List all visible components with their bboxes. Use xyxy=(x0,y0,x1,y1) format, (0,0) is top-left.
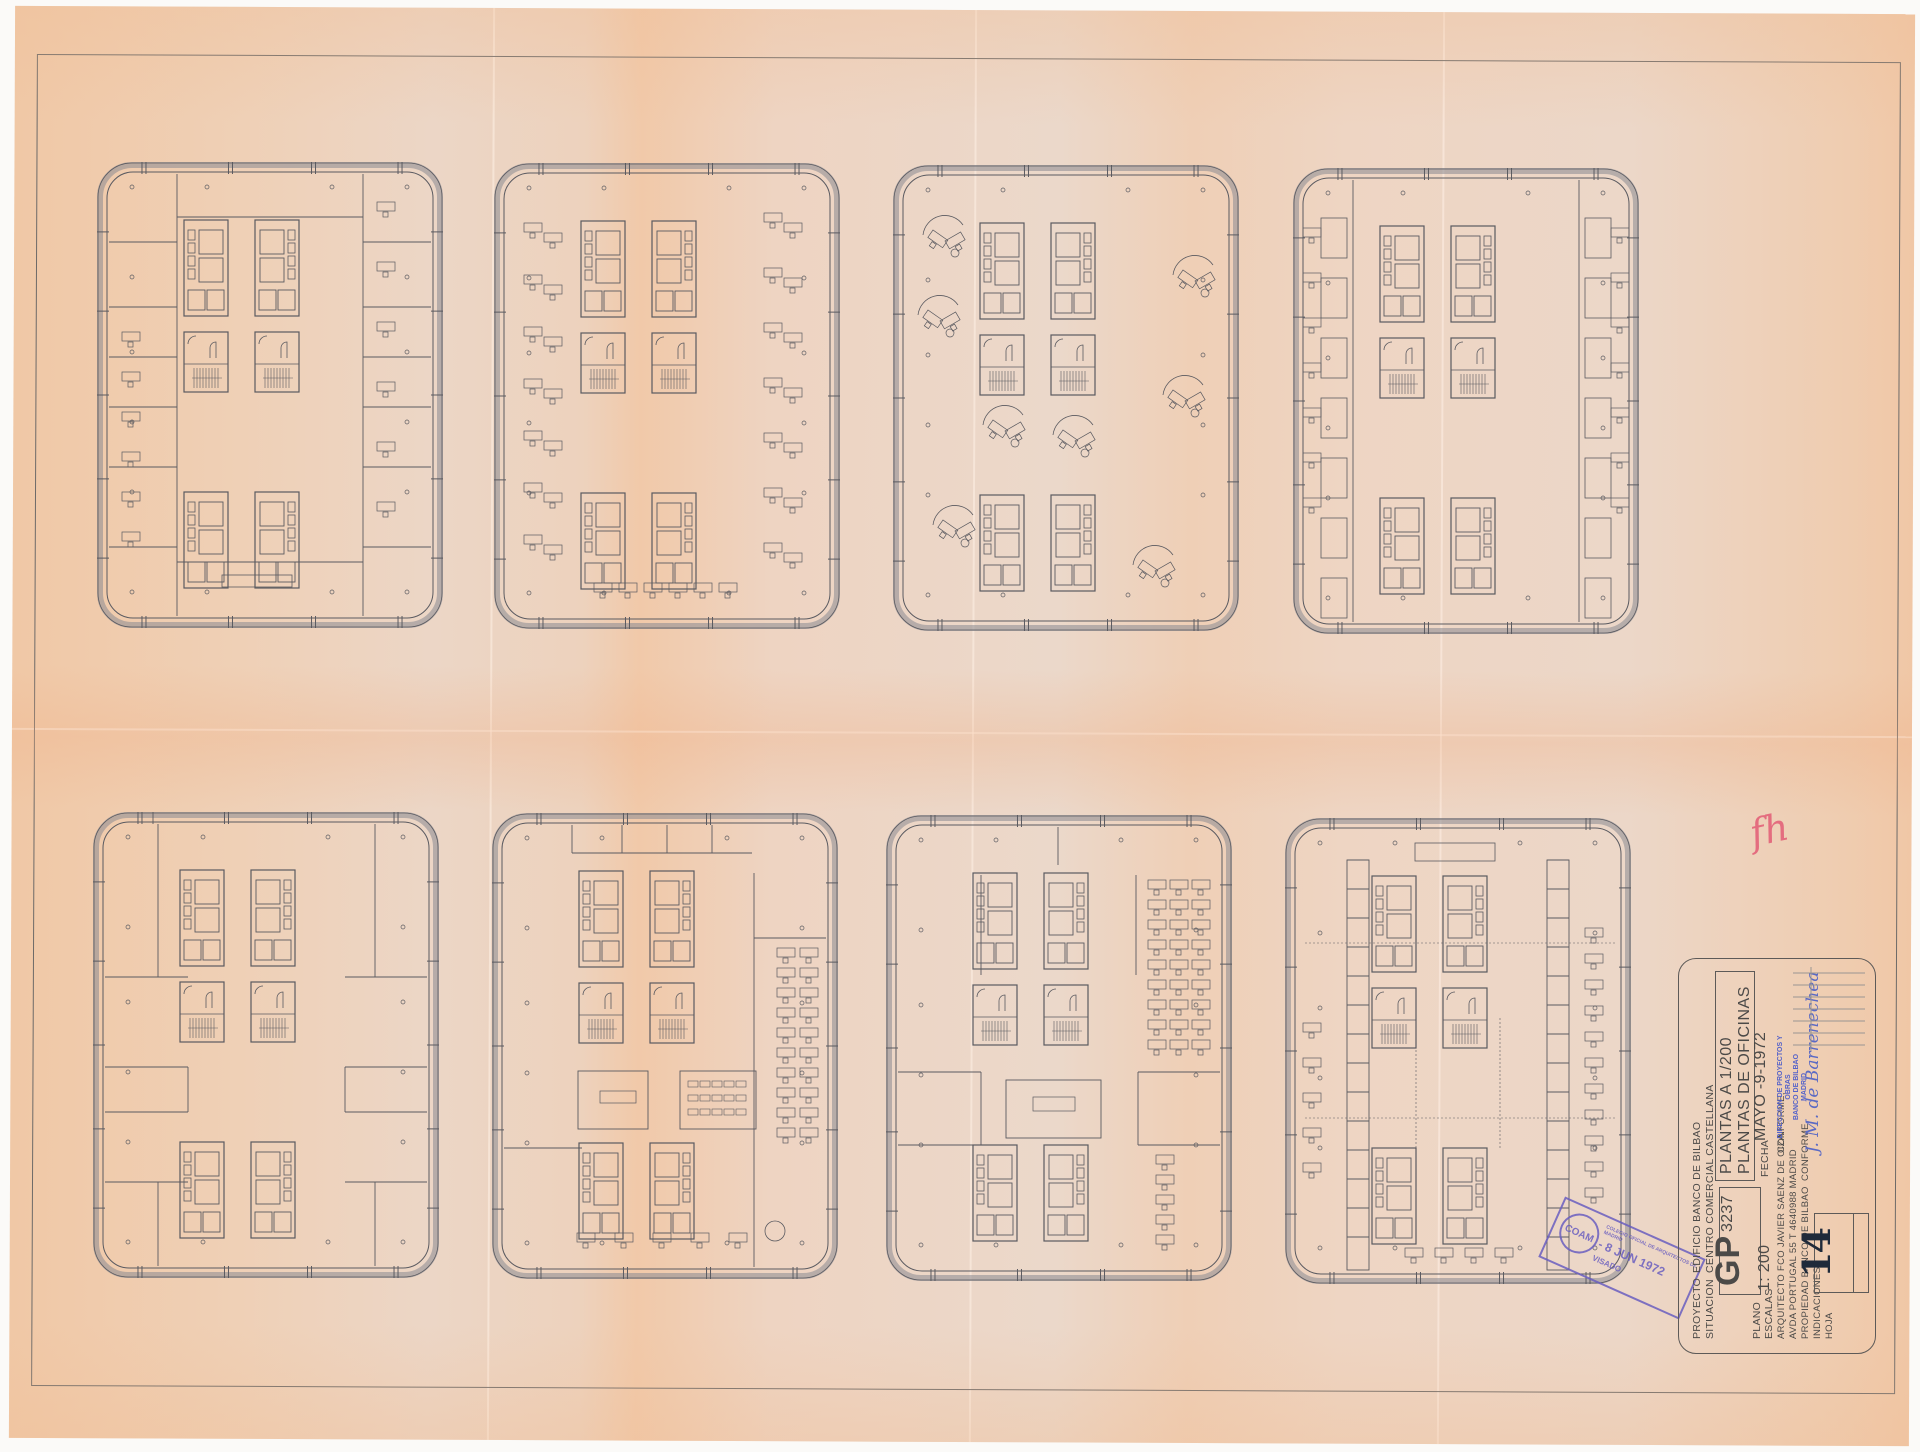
proyecto-value: EDIFICIO BANCO DE BILBAO xyxy=(1691,1122,1703,1273)
code-number: 3237 xyxy=(1722,1195,1734,1232)
sheet-number: 14 xyxy=(1811,1229,1823,1278)
title-block: PROYECTO EDIFICIO BANCO DE BILBAO SITUAC… xyxy=(1678,958,1876,1354)
seal-emblem-icon: COAM xyxy=(1553,1207,1606,1260)
floor-plan-drawing xyxy=(1293,168,1639,634)
floor-plan-drawing xyxy=(93,812,439,1278)
code-box: GP 3237 xyxy=(1719,1187,1761,1295)
floor-plan-4 xyxy=(1293,168,1639,634)
plano-label: PLANO xyxy=(1751,1302,1763,1339)
escalas-label: ESCALAS xyxy=(1763,1288,1775,1339)
escalas-value: 1: 200 xyxy=(1759,1245,1771,1291)
sheet-number-subbox xyxy=(1847,1213,1869,1293)
title-line1: PLANTAS A 1/200 xyxy=(1717,1037,1736,1174)
red-initials-mark: fh xyxy=(1746,804,1793,855)
code-prefix: GP xyxy=(1722,1235,1734,1286)
floor-plan-6 xyxy=(492,813,838,1279)
floor-plan-2 xyxy=(494,163,840,629)
floor-plan-drawing xyxy=(893,165,1239,631)
hoja-label: HOJA xyxy=(1824,1312,1836,1339)
floor-plan-drawing xyxy=(886,815,1232,1281)
fecha-value: MAYO -9-1972 xyxy=(1755,1032,1767,1141)
floor-plan-3 xyxy=(893,165,1239,631)
floor-plan-drawing xyxy=(97,162,443,628)
fold-line xyxy=(12,728,1912,738)
fecha-label: FECHA xyxy=(1759,1140,1771,1177)
floor-plan-1 xyxy=(97,162,443,628)
floor-plan-drawing xyxy=(492,813,838,1279)
floor-plan-5 xyxy=(93,812,439,1278)
floor-plan-7 xyxy=(886,815,1232,1281)
floor-plan-drawing xyxy=(494,163,840,629)
title-box: PLANTAS A 1/200 PLANTAS DE OFICINAS xyxy=(1715,971,1755,1181)
proyecto-label: PROYECTO xyxy=(1691,1278,1703,1339)
arquitecto: ARQUITECTO FCO JAVIER SAENZ DE OIZA xyxy=(1776,1134,1788,1339)
ruler-marks xyxy=(1789,963,1869,1053)
situacion-label: SITUACION xyxy=(1704,1279,1716,1339)
